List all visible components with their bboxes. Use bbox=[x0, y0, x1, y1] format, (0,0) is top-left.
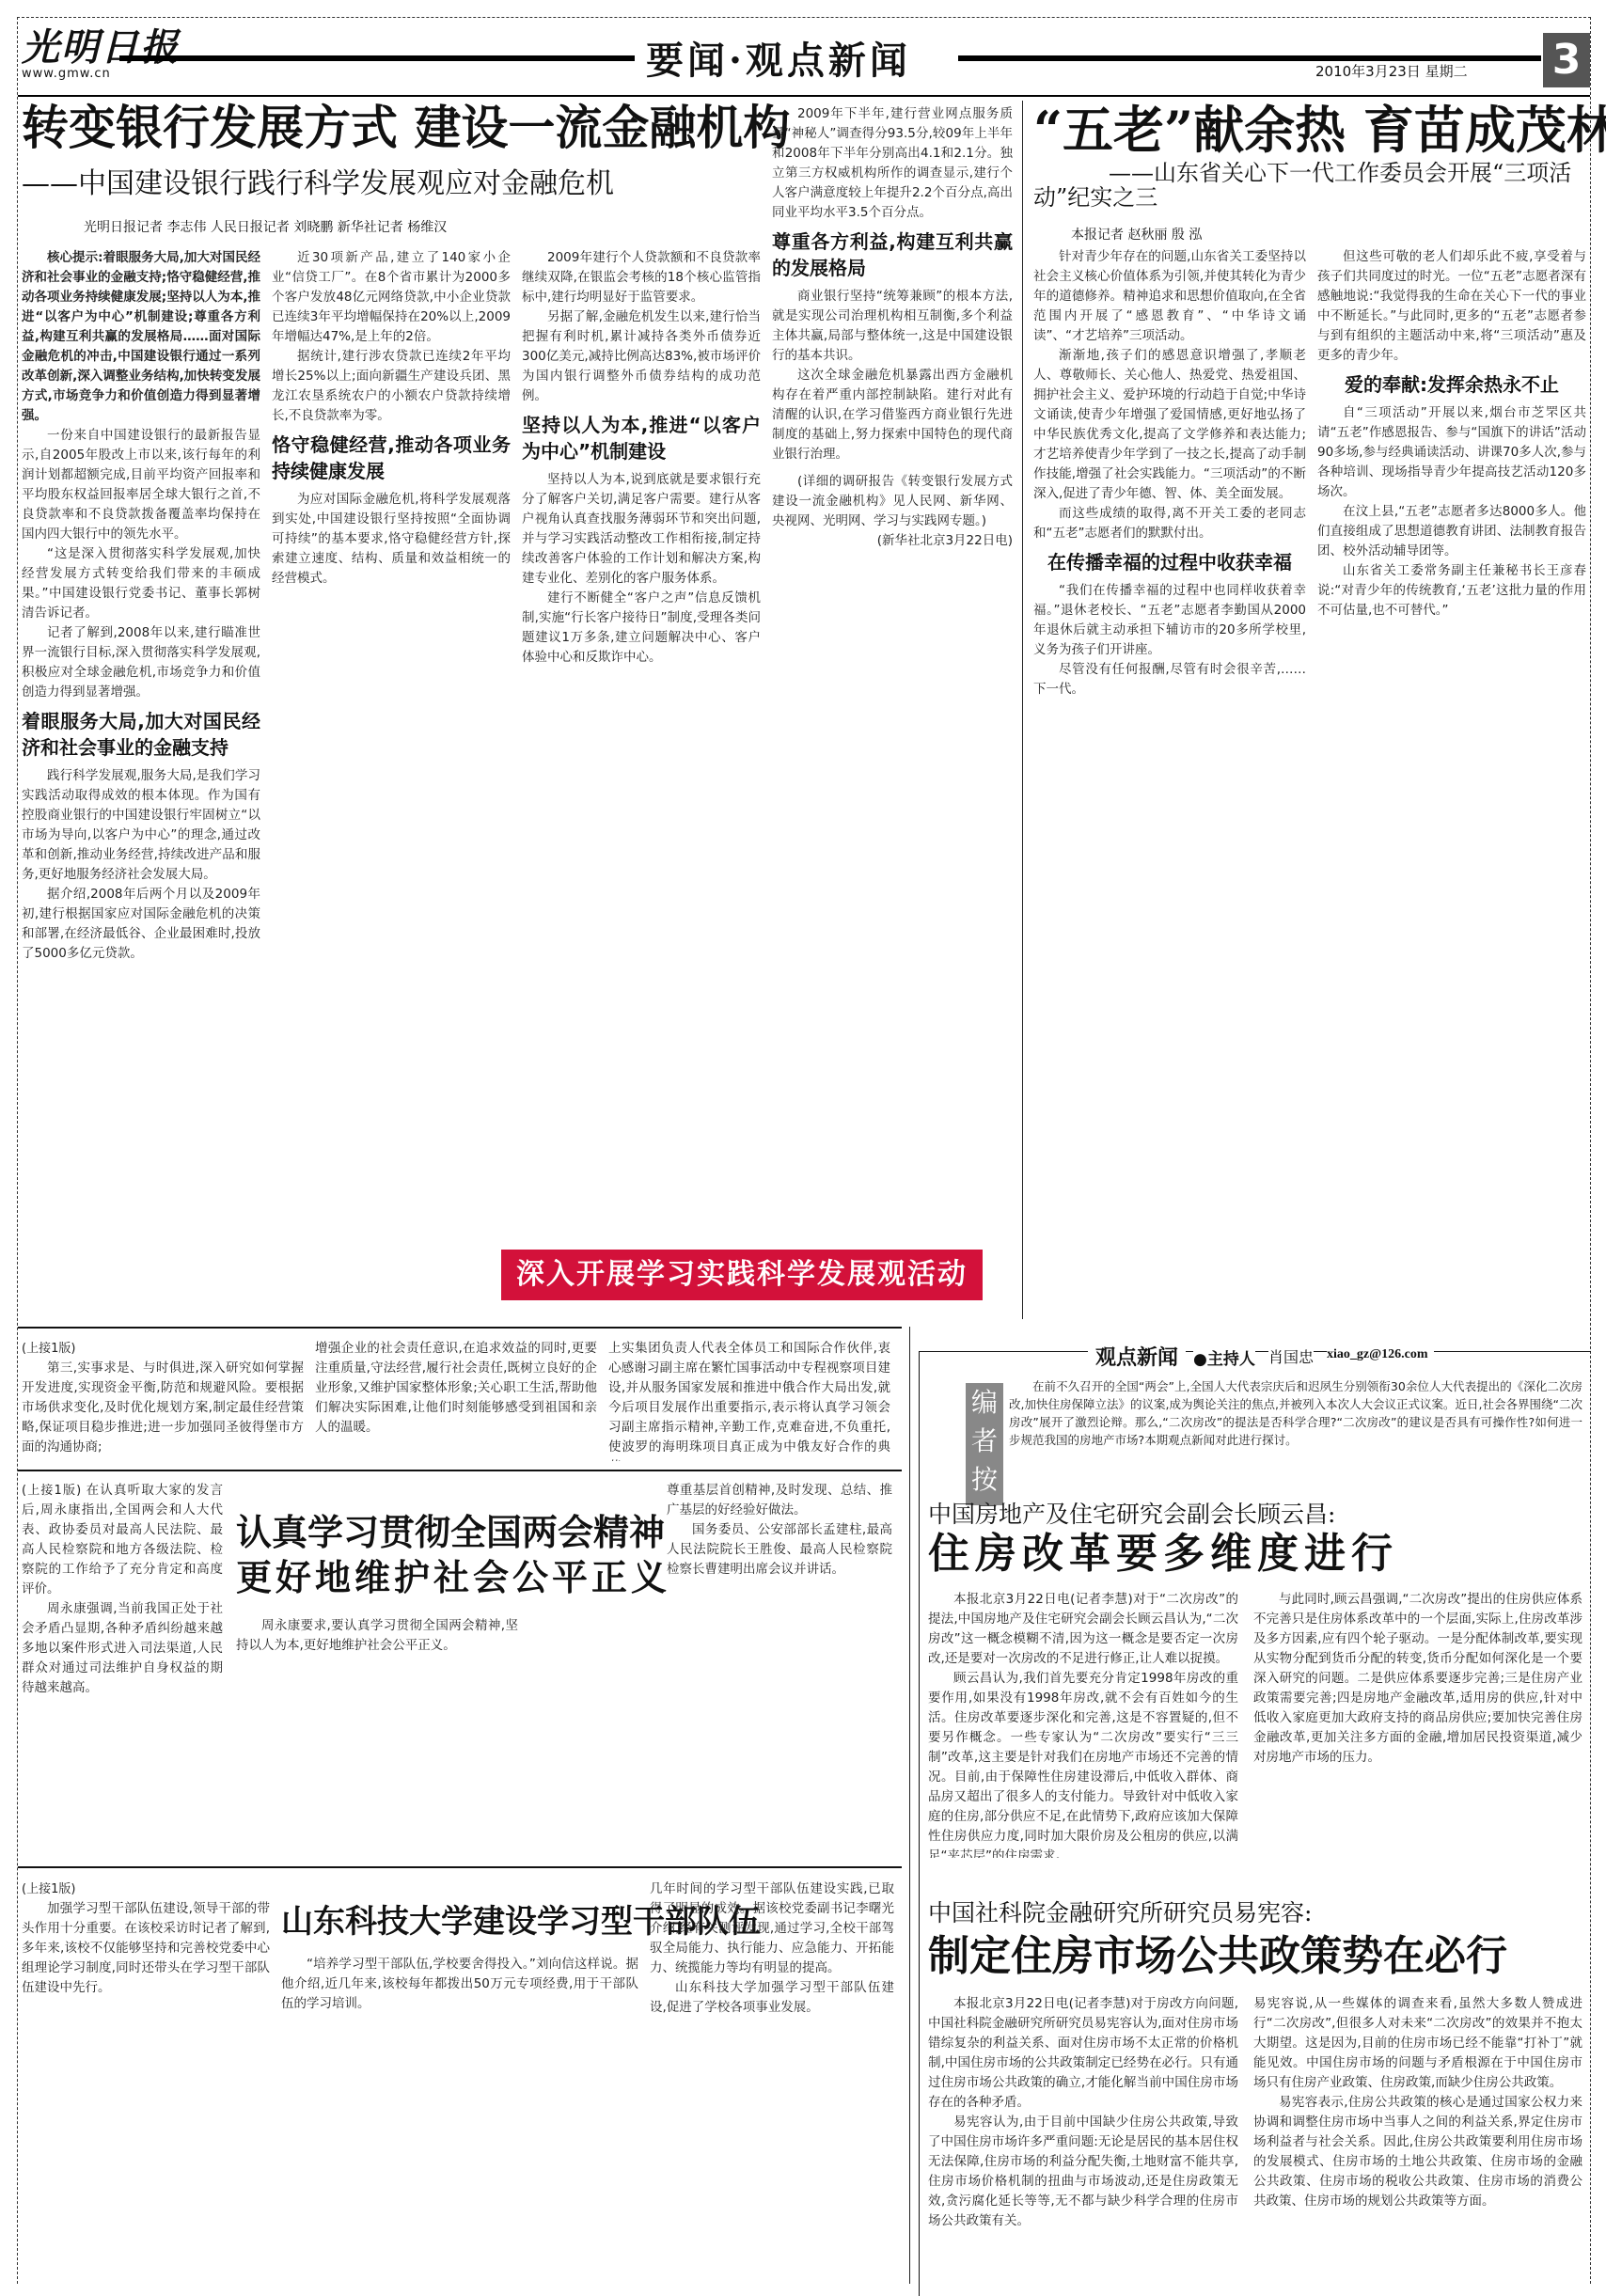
paragraph: 在认真听取大家的发言后,周永康指出,全国两会和人大代表、政协委员对最高人民法院、… bbox=[22, 1483, 223, 1596]
paragraph: 本报北京3月22日电(记者李慧)对于“二次房改”的提法,中国房地产及住宅研究会副… bbox=[928, 1590, 1238, 1669]
justice-headline-line1: 认真学习贯彻全国两会精神 bbox=[236, 1515, 665, 1550]
paragraph: 在汶上县,“五老”志愿者多达8000多人。他们直接组成了思想道德教育讲团、法制教… bbox=[1317, 502, 1586, 561]
paragraph: 易宪容说,从一些媒体的调查来看,虽然大多数人赞成进行“二次房改”,但很多人对未来… bbox=[1253, 1994, 1582, 2093]
paragraph: “这是深入贯彻落实科学发展观,加快经营发展方式转变给我们带来的丰硕成果。”中国建… bbox=[22, 544, 260, 623]
paragraph: 记者了解到,2008年以来,建行瞄准世界一流银行目标,深入贯彻落实科学发展观,积… bbox=[22, 623, 260, 702]
opinion-article-1-column-2: 与此同时,顾云昌强调,“二次房改”提出的住房供应体系不完善只是住房体系改革中的一… bbox=[1253, 1590, 1582, 1858]
continued-column-1: (上接1版) 第三,实事求是、与时俱进,深入研究如何掌握开发进度,实现资金平衡,… bbox=[22, 1339, 304, 1461]
paragraph: 国务委员、公安部部长孟建柱,最高人民法院院长王胜俊、最高人民检察院检察长曹建明出… bbox=[667, 1520, 892, 1580]
continue-tag: (上接1版) bbox=[22, 1484, 81, 1498]
paragraph: 上实集团负责人代表全体员工和国际合作伙伴,衷心感谢习副主席在繁忙国事活动中专程视… bbox=[608, 1339, 890, 1461]
justice-column-1: (上接1版) 在认真听取大家的发言后,周永康指出,全国两会和人大代表、政协委员对… bbox=[22, 1481, 223, 1857]
masthead-divider bbox=[18, 95, 1590, 97]
paragraph: 2009年下半年,建行营业网点服务质量“神秘人”调查得分93.5分,较09年上半… bbox=[772, 104, 1013, 223]
article-kicker: 中国房地产及住宅研究会副会长顾云昌: bbox=[928, 1502, 1335, 1528]
paragraph: “培养学习型干部队伍,学校要舍得投入。”刘向信这样说。据他介绍,近几年来,该校每… bbox=[281, 1955, 638, 2014]
paragraph: 尽管没有任何报酬,尽管有时会很辛苦,……下一代。 bbox=[1033, 660, 1306, 700]
paragraph: 尊重基层首创精神,及时发现、总结、推广基层的好经验好做法。 bbox=[667, 1481, 892, 1520]
wulao-subheadline: ——山东省关心下一代工作委员会开展“三项活动”纪实之三 bbox=[1033, 161, 1588, 211]
page-number: 3 bbox=[1543, 33, 1590, 87]
article-kicker: 中国社科院金融研究所研究员易宪容: bbox=[928, 1900, 1312, 1926]
university-column-3: 几年时间的学习型干部队伍建设实践,已取得了明显的成效。据该校党委副书记李曙光介绍… bbox=[650, 1879, 894, 2284]
continued-column-2: 增强企业的社会责任意识,在追求效益的同时,更要注重质量,守法经营,履行社会责任,… bbox=[315, 1339, 597, 1461]
newspaper-url[interactable]: www.gmw.cn bbox=[22, 67, 111, 81]
newspaper-page: 光明日报 www.gmw.cn 要闻·观点新闻 2010年3月23日 星期二 3… bbox=[17, 17, 1591, 2284]
opinion-article-1-column-1: 本报北京3月22日电(记者李慧)对于“二次房改”的提法,中国房地产及住宅研究会副… bbox=[928, 1590, 1238, 1858]
wulao-byline: 本报记者 赵秋丽 殷 泓 bbox=[1071, 225, 1202, 244]
dateline: (新华社北京3月22日电) bbox=[772, 531, 1013, 551]
paragraph: 周永康要求,要认真学习贯彻全国两会精神,坚持以人为本,更好地维护社会公平正义。 bbox=[236, 1616, 518, 1656]
wulao-column-1: 针对青少年存在的问题,山东省关工委坚持以社会主义核心价值体系为引领,并使其转化为… bbox=[1033, 247, 1306, 1300]
wulao-section-heading: 爱的奉献:发挥余热永不止 bbox=[1317, 371, 1586, 398]
lead-column-1: 核心提示:着眼服务大局,加大对国民经济和社会事业的金融支持;恪守稳健经营,推动各… bbox=[22, 248, 260, 1315]
paragraph: 这次全球金融危机暴露出西方金融机构存在着严重内部控制缺陷。建行对此有清醒的认识,… bbox=[772, 366, 1013, 464]
paragraph: 一份来自中国建设银行的最新报告显示,自2005年股改上市以来,该行每年的利润计划… bbox=[22, 426, 260, 544]
host-email[interactable]: xiao_gz@126.com bbox=[1327, 1347, 1434, 1362]
host-label: ●主持人 bbox=[1193, 1345, 1255, 1369]
editor-note-tag: 编者按 bbox=[966, 1383, 1003, 1505]
paragraph: 山东省关工委常务副主任兼秘书长王彦春说:“对青少年的传统教育,‘五老’这批力量的… bbox=[1317, 561, 1586, 621]
paragraph: 几年时间的学习型干部队伍建设实践,已取得了明显的成效。据该校党委副书记李曙光介绍… bbox=[650, 1879, 894, 1978]
campaign-banner: 深入开展学习实践科学发展观活动 bbox=[501, 1250, 983, 1300]
lead-section-heading: 坚持以人为本,推进“以客户为中心”机制建设 bbox=[522, 412, 761, 464]
opinion-article-2-column-1: 本报北京3月22日电(记者李慧)对于房改方向问题,中国社科院金融研究所研究员易宪… bbox=[928, 1994, 1238, 2286]
paragraph: 与此同时,顾云昌强调,“二次房改”提出的住房供应体系不完善只是住房体系改革中的一… bbox=[1253, 1590, 1582, 1768]
host-name: 肖国忠 bbox=[1268, 1345, 1314, 1367]
paragraph: 增强企业的社会责任意识,在追求效益的同时,更要注重质量,守法经营,履行社会责任,… bbox=[315, 1339, 597, 1438]
paragraph: 加强学习型干部队伍建设,领导干部的带头作用十分重要。在该校采访时记者了解到,多年… bbox=[22, 1899, 270, 1998]
lead-summary: 核心提示:着眼服务大局,加大对国民经济和社会事业的金融支持;恪守稳健经营,推动各… bbox=[22, 248, 260, 426]
paragraph: 坚持以人为本,说到底就是要求银行充分了解客户关切,满足客户需要。建行从客户视角认… bbox=[522, 470, 761, 589]
justice-column-3: 尊重基层首创精神,及时发现、总结、推广基层的好经验好做法。 国务委员、公安部部长… bbox=[667, 1481, 892, 1857]
paragraph: 2009年建行个人贷款额和不良贷款率继续双降,在银监会考核的18个核心监管指标中… bbox=[522, 248, 761, 307]
paragraph: 针对青少年存在的问题,山东省关工委坚持以社会主义核心价值体系为引领,并使其转化为… bbox=[1033, 247, 1306, 346]
paragraph: 易宪容表示,住房公共政策的核心是通过国家公权力来协调和调整住房市场中当事人之间的… bbox=[1253, 2093, 1582, 2211]
lead-column-2: 近30项新产品,建立了140家小企业“信贷工厂”。在8个省市累计为2000多个客… bbox=[272, 248, 511, 1245]
issue-date: 2010年3月23日 星期二 bbox=[1315, 61, 1468, 81]
section-divider bbox=[18, 1470, 902, 1471]
paragraph: 第三,实事求是、与时俱进,深入研究如何掌握开发进度,实现资金平衡,防范和规避风险… bbox=[22, 1359, 304, 1457]
section-title: 要闻·观点新闻 bbox=[646, 31, 911, 85]
paragraph: 山东科技大学加强学习型干部队伍建设,促进了学校各项事业发展。 bbox=[650, 1978, 894, 2018]
opinion-headline: 住房改革要多维度进行 bbox=[928, 1533, 1398, 1575]
paragraph: 但这些可敬的老人们却乐此不疲,享受着与孩子们共同度过的时光。一位“五老”志愿者深… bbox=[1317, 247, 1586, 366]
lead-column-3: 2009年建行个人贷款额和不良贷款率继续双降,在银监会考核的18个核心监管指标中… bbox=[522, 248, 761, 1245]
continue-tag: (上接1版) bbox=[22, 1339, 304, 1359]
wulao-headline: “五老”献余热 育苗成茂林 bbox=[1033, 104, 1606, 155]
paragraph: 践行科学发展观,服务大局,是我们学习实践活动取得成效的根本体现。作为国有控股商业… bbox=[22, 766, 260, 885]
newspaper-logo: 光明日报 bbox=[22, 27, 180, 69]
paragraph: 为应对国际金融危机,将科学发展观落到实处,中国建设银行坚持按照“全面协调可持续”… bbox=[272, 490, 511, 589]
continue-tag: (上接1版) bbox=[22, 1879, 270, 1899]
wulao-section-heading: 在传播幸福的过程中收获幸福 bbox=[1033, 549, 1306, 575]
editor-note-text: 在前不久召开的全国“两会”上,全国人大代表宗庆后和迟夙生分别领衔30余位人大代表… bbox=[1009, 1377, 1582, 1449]
paragraph: 顾云昌认为,我们首先要充分肯定1998年房改的重要作用,如果没有1998年房改,… bbox=[928, 1669, 1238, 1858]
lead-column-4: 2009年下半年,建行营业网点服务质量“神秘人”调查得分93.5分,较09年上半… bbox=[772, 104, 1013, 1237]
lead-headline: 转变银行发展方式 建设一流金融机构 bbox=[22, 104, 790, 151]
masthead-rule-left bbox=[119, 55, 635, 61]
paragraph: 近30项新产品,建立了140家小企业“信贷工厂”。在8个省市累计为2000多个客… bbox=[272, 248, 511, 347]
lead-section-heading: 恪守稳健经营,推动各项业务持续健康发展 bbox=[272, 432, 511, 484]
section-divider bbox=[18, 1327, 902, 1329]
paragraph: 渐渐地,孩子们的感恩意识增强了,孝顺老人、尊敬师长、关心他人、热爱党、热爱祖国、… bbox=[1033, 346, 1306, 504]
paragraph: 另据了解,金融危机发生以来,建行恰当把握有利时机,累计减持各类外币债券近300亿… bbox=[522, 307, 761, 406]
paragraph: 据介绍,2008年后两个月以及2009年初,建行根据国家应对国际金融危机的决策和… bbox=[22, 885, 260, 964]
justice-headline-line2: 更好地维护社会公平正义 bbox=[236, 1560, 670, 1596]
lead-subheadline: ——中国建设银行践行科学发展观应对金融危机 bbox=[22, 168, 614, 199]
university-column-2: “培养学习型干部队伍,学校要舍得投入。”刘向信这样说。据他介绍,近几年来,该校每… bbox=[281, 1955, 638, 2284]
paragraph: 而这些成绩的取得,离不开关工委的老同志和“五老”志愿者们的默默付出。 bbox=[1033, 504, 1306, 543]
lead-section-heading: 尊重各方利益,构建互利共赢的发展格局 bbox=[772, 228, 1013, 281]
justice-column-2: 周永康要求,要认真学习贯彻全国两会精神,坚持以人为本,更好地维护社会公平正义。 bbox=[236, 1616, 518, 1857]
paragraph: 易宪容认为,由于目前中国缺少住房公共政策,导致了中国住房市场许多严重问题:无论是… bbox=[928, 2113, 1238, 2231]
column-divider bbox=[909, 1327, 910, 2284]
continued-column-3: 上实集团负责人代表全体员工和国际合作伙伴,衷心感谢习副主席在繁忙国事活动中专程视… bbox=[608, 1339, 890, 1461]
paragraph: 据统计,建行涉农贷款已连续2年平均增长25%以上;面向新疆生产建设兵团、黑龙江农… bbox=[272, 347, 511, 426]
editor-note: 在前不久召开的全国“两会”上,全国人大代表宗庆后和迟夙生分别领衔30余位人大代表… bbox=[1009, 1377, 1582, 1490]
opinion-article-2-column-2: 易宪容说,从一些媒体的调查来看,虽然大多数人赞成进行“二次房改”,但很多人对未来… bbox=[1253, 1994, 1582, 2286]
paragraph: 建行不断健全“客户之声”信息反馈机制,实施“行长客户接待日”制度,受理各类问题建… bbox=[522, 589, 761, 668]
column-divider bbox=[1022, 101, 1023, 1319]
paragraph: “我们在传播幸福的过程中也同样收获着幸福。”退休老校长、“五老”志愿者李勤国从2… bbox=[1033, 581, 1306, 660]
wulao-column-2: 但这些可敬的老人们却乐此不疲,享受着与孩子们共同度过的时光。一位“五老”志愿者深… bbox=[1317, 247, 1586, 1300]
opinion-column-title: 观点新闻 bbox=[1088, 1342, 1186, 1371]
paragraph: 商业银行坚持“统筹兼顾”的根本方法,就是实现公司治理机构相互制衡,多个利益主体共… bbox=[772, 287, 1013, 366]
university-column-1: (上接1版) 加强学习型干部队伍建设,领导干部的带头作用十分重要。在该校采访时记… bbox=[22, 1879, 270, 2284]
report-note: (详细的调研报告《转变银行发展方式 建设一流金融机构》见人民网、新华网、央视网、… bbox=[772, 472, 1013, 531]
paragraph: 周永康强调,当前我国正处于社会矛盾凸显期,各种矛盾纠纷越来越多地以案件形式进入司… bbox=[22, 1599, 223, 1698]
paragraph: 自“三项活动”开展以来,烟台市芝罘区共请“五老”作感恩报告、参与“国旗下的讲话”… bbox=[1317, 403, 1586, 502]
section-divider bbox=[18, 1866, 902, 1868]
lead-byline: 光明日报记者 李志伟 人民日报记者 刘晓鹏 新华社记者 杨维汉 bbox=[84, 217, 447, 236]
opinion-headline: 制定住房市场公共政策势在必行 bbox=[928, 1936, 1507, 1977]
paragraph: 本报北京3月22日电(记者李慧)对于房改方向问题,中国社科院金融研究所研究员易宪… bbox=[928, 1994, 1238, 2113]
lead-section-heading: 着眼服务大局,加大对国民经济和社会事业的金融支持 bbox=[22, 708, 260, 761]
